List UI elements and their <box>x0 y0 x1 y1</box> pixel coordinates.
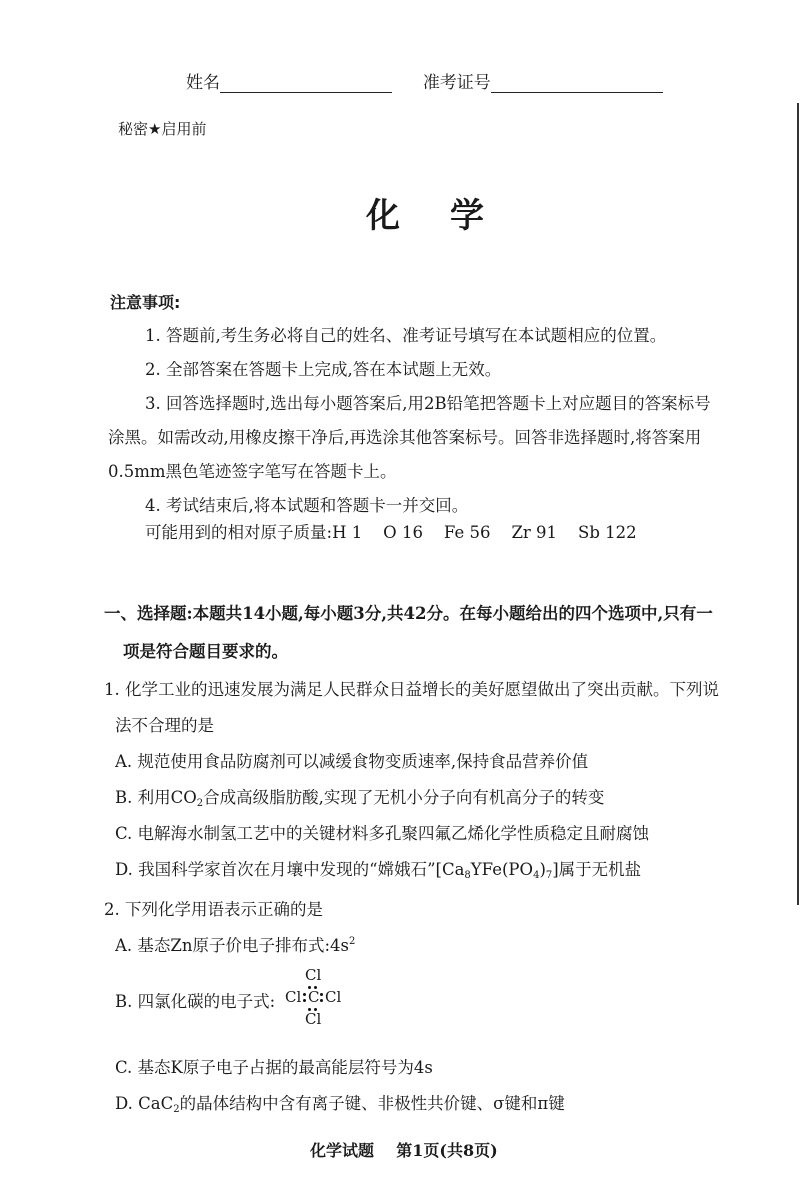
notice-item-2: 2. 全部答案在答题卡上完成,答在本试题上无效。 <box>145 356 501 380</box>
option-text: YFe(PO <box>471 860 533 879</box>
name-label: 姓名 <box>186 73 220 93</box>
option-text: B. 利用CO <box>115 788 197 807</box>
question-2-option-a: A. 基态Zn原子价电子排布式:4s2 <box>115 932 355 956</box>
name-field[interactable] <box>220 76 392 93</box>
question-1-stem: 1. 化学工业的迅速发展为满足人民群众日益增长的美好愿望做出了突出贡献。下列说 <box>104 676 719 700</box>
lewis-cl-right: Cl <box>325 988 341 1006</box>
question-1-option-d: D. 我国科学家首次在月壤中发现的“嫦娥石”[Ca8YFe(PO4)7]属于无机… <box>115 856 641 881</box>
page-edge-rule <box>797 103 799 905</box>
lewis-cl-bottom: Cl <box>305 1010 321 1028</box>
option-text: 合成高级脂肪酸,实现了无机小分子向有机高分子的转变 <box>203 788 604 807</box>
notice-item-3: 3. 回答选择题时,选出每小题答案后,用2B铅笔把答题卡上对应题目的答案标号 <box>145 390 711 414</box>
notice-item-3-cont: 涂黑。如需改动,用橡皮擦干净后,再选涂其他答案标号。回答非选择题时,将答案用 <box>108 424 701 448</box>
ccl4-lewis-structure: Cl Cl C Cl Cl <box>285 968 355 1030</box>
confidential-mark: 秘密★启用前 <box>118 118 206 139</box>
notice-heading: 注意事项: <box>110 290 180 313</box>
question-1-option-b: B. 利用CO2合成高级脂肪酸,实现了无机小分子向有机高分子的转变 <box>115 784 604 809</box>
page-title: 化学 <box>366 188 534 237</box>
option-text: A. 基态Zn原子价电子排布式:4s <box>115 936 349 955</box>
atomic-mass-values: H 1 O 16 Fe 56 Zr 91 Sb 122 <box>332 523 637 542</box>
question-2-option-d: D. CaC2的晶体结构中含有离子键、非极性共价键、σ键和π键 <box>115 1090 565 1115</box>
notice-item-4: 4. 考试结束后,将本试题和答题卡一并交回。 <box>145 492 468 516</box>
notice-item-1: 1. 答题前,考生务必将自己的姓名、准考证号填写在本试题相应的位置。 <box>145 322 666 346</box>
notice-item-3-cont2: 0.5mm黑色笔迹签字笔写在答题卡上。 <box>108 458 397 482</box>
option-text: 的晶体结构中含有离子键、非极性共价键、σ键和π键 <box>180 1094 565 1113</box>
section-heading: 一、选择题:本题共14小题,每小题3分,共42分。在每小题给出的四个选项中,只有… <box>104 600 713 624</box>
lewis-c-center: C <box>308 988 319 1006</box>
page-footer: 化学试题 第1页(共8页) <box>310 1138 498 1161</box>
question-1-stem-cont: 法不合理的是 <box>115 712 214 736</box>
exam-id-field[interactable] <box>491 76 663 93</box>
option-text: D. CaC <box>115 1094 173 1113</box>
superscript: 2 <box>349 936 355 947</box>
atomic-masses: 可能用到的相对原子质量:H 1 O 16 Fe 56 Zr 91 Sb 122 <box>145 519 637 543</box>
question-1-option-c: C. 电解海水制氢工艺中的关键材料多孔聚四氟乙烯化学性质稳定且耐腐蚀 <box>115 820 649 844</box>
question-2-stem: 2. 下列化学用语表示正确的是 <box>104 896 323 920</box>
candidate-info-row: 姓名 准考证号 <box>186 68 663 93</box>
option-text: D. 我国科学家首次在月壤中发现的“嫦娥石”[Ca <box>115 860 464 879</box>
option-text: ]属于无机盐 <box>552 860 641 879</box>
lewis-cl-left: Cl <box>285 988 301 1006</box>
exam-id-label: 准考证号 <box>423 73 491 93</box>
section-heading-cont: 项是符合题目要求的。 <box>123 638 288 662</box>
question-2-option-b: B. 四氯化碳的电子式: <box>115 988 275 1012</box>
lewis-cl-top: Cl <box>305 966 321 984</box>
question-2-option-c: C. 基态K原子电子占据的最高能层符号为4s <box>115 1054 433 1078</box>
atomic-mass-label: 可能用到的相对原子质量: <box>145 523 332 542</box>
question-1-option-a: A. 规范使用食品防腐剂可以减缓食物变质速率,保持食品营养价值 <box>115 748 588 772</box>
